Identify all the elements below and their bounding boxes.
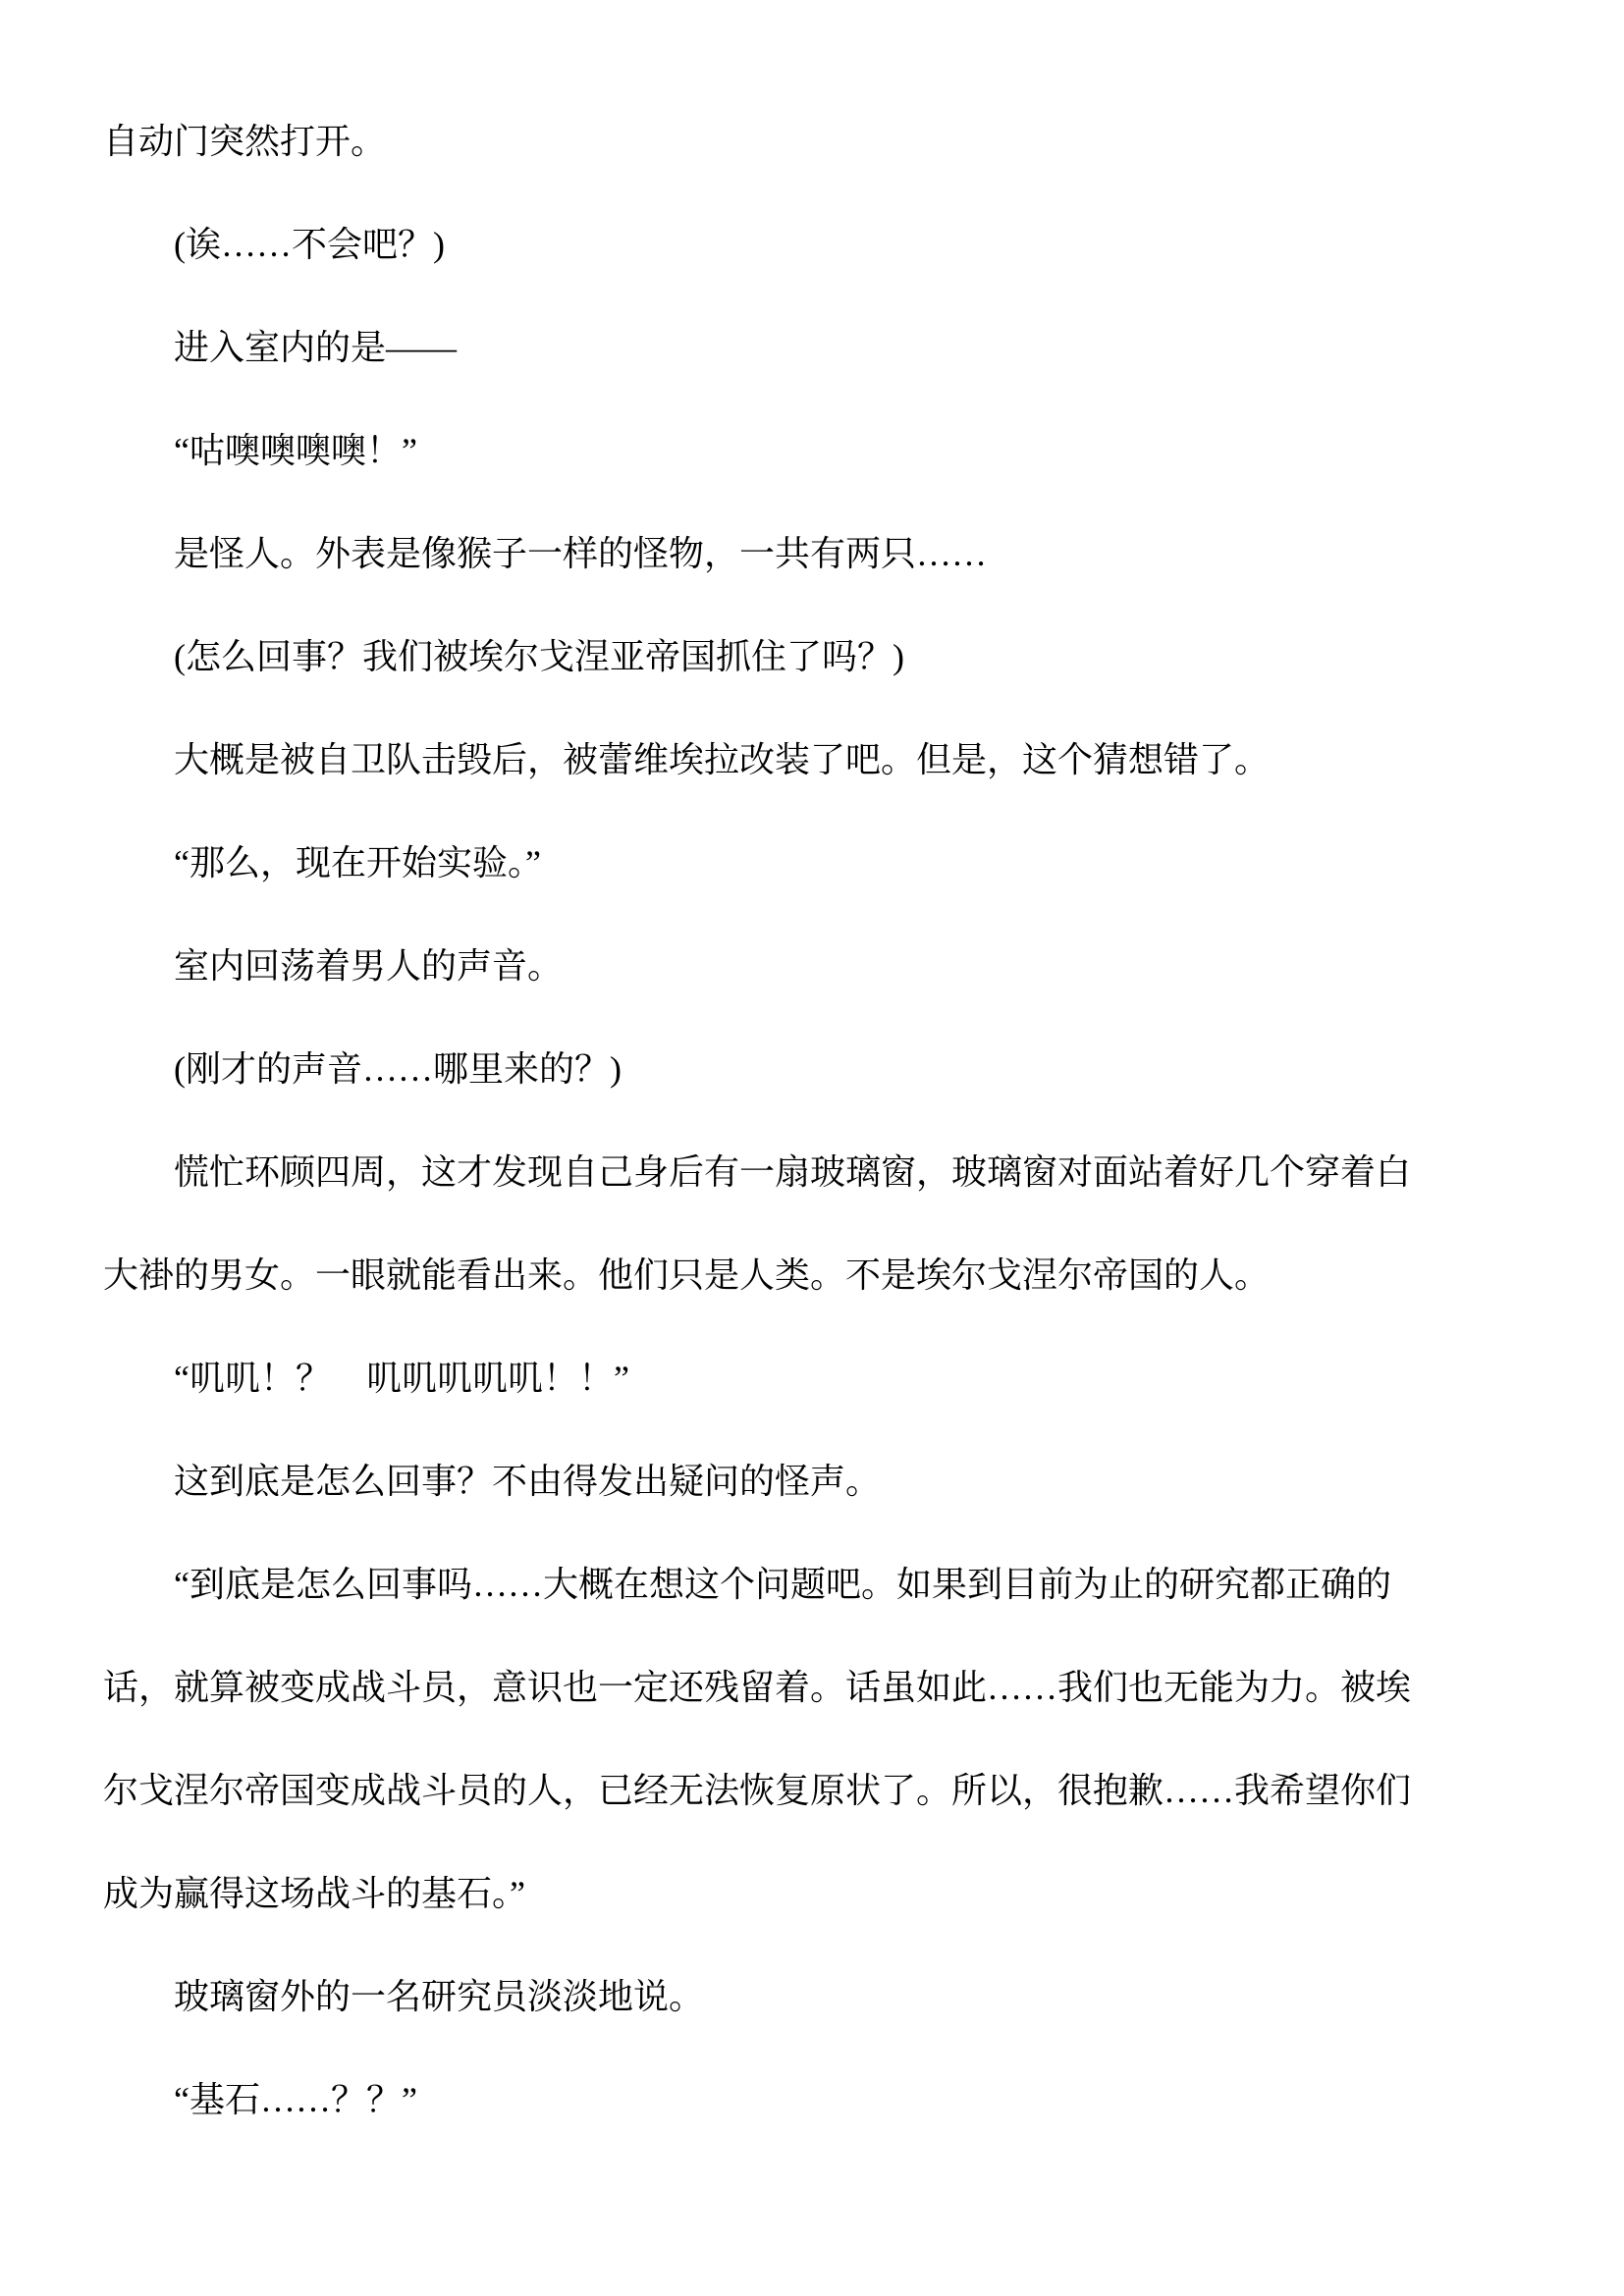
text-line: 室内回荡着男人的声音。 <box>103 915 1537 1018</box>
text-line: “那么，现在开始实验。” <box>103 812 1537 915</box>
text-line: 自动门突然打开。 <box>103 90 1537 193</box>
text-line: 成为赢得这场战斗的基石。” <box>103 1842 1537 1946</box>
text-line: “叽叽！？ 叽叽叽叽叽！！” <box>103 1327 1537 1430</box>
text-line: 是怪人。外表是像猴子一样的怪物，一共有两只…… <box>103 503 1537 606</box>
text-line: 慌忙环顾四周，这才发现自己身后有一扇玻璃窗，玻璃窗对面站着好几个穿着白 <box>103 1121 1537 1224</box>
text-line: 大褂的男女。一眼就能看出来。他们只是人类。不是埃尔戈涅尔帝国的人。 <box>103 1224 1537 1327</box>
document-page: 自动门突然打开。(诶……不会吧？)进入室内的是——“咕噢噢噢噢！”是怪人。外表是… <box>0 0 1624 2296</box>
text-line: (刚才的声音……哪里来的？) <box>103 1018 1537 1121</box>
text-line: 进入室内的是—— <box>103 296 1537 400</box>
text-line: “基石……？？” <box>103 2049 1537 2152</box>
text-line: 尔戈涅尔帝国变成战斗员的人，已经无法恢复原状了。所以，很抱歉……我希望你们 <box>103 1739 1537 1842</box>
text-line: 玻璃窗外的一名研究员淡淡地说。 <box>103 1946 1537 2049</box>
text-line: 大概是被自卫队击毁后，被蕾维埃拉改装了吧。但是，这个猜想错了。 <box>103 709 1537 812</box>
novel-text-body: 自动门突然打开。(诶……不会吧？)进入室内的是——“咕噢噢噢噢！”是怪人。外表是… <box>103 90 1537 2152</box>
text-line: (诶……不会吧？) <box>103 193 1537 296</box>
text-line: 这到底是怎么回事？不由得发出疑问的怪声。 <box>103 1430 1537 1533</box>
text-line: (怎么回事？我们被埃尔戈涅亚帝国抓住了吗？) <box>103 606 1537 709</box>
text-line: “咕噢噢噢噢！” <box>103 400 1537 503</box>
text-line: “到底是怎么回事吗……大概在想这个问题吧。如果到目前为止的研究都正确的 <box>103 1533 1537 1636</box>
text-line: 话，就算被变成战斗员，意识也一定还残留着。话虽如此……我们也无能为力。被埃 <box>103 1636 1537 1739</box>
